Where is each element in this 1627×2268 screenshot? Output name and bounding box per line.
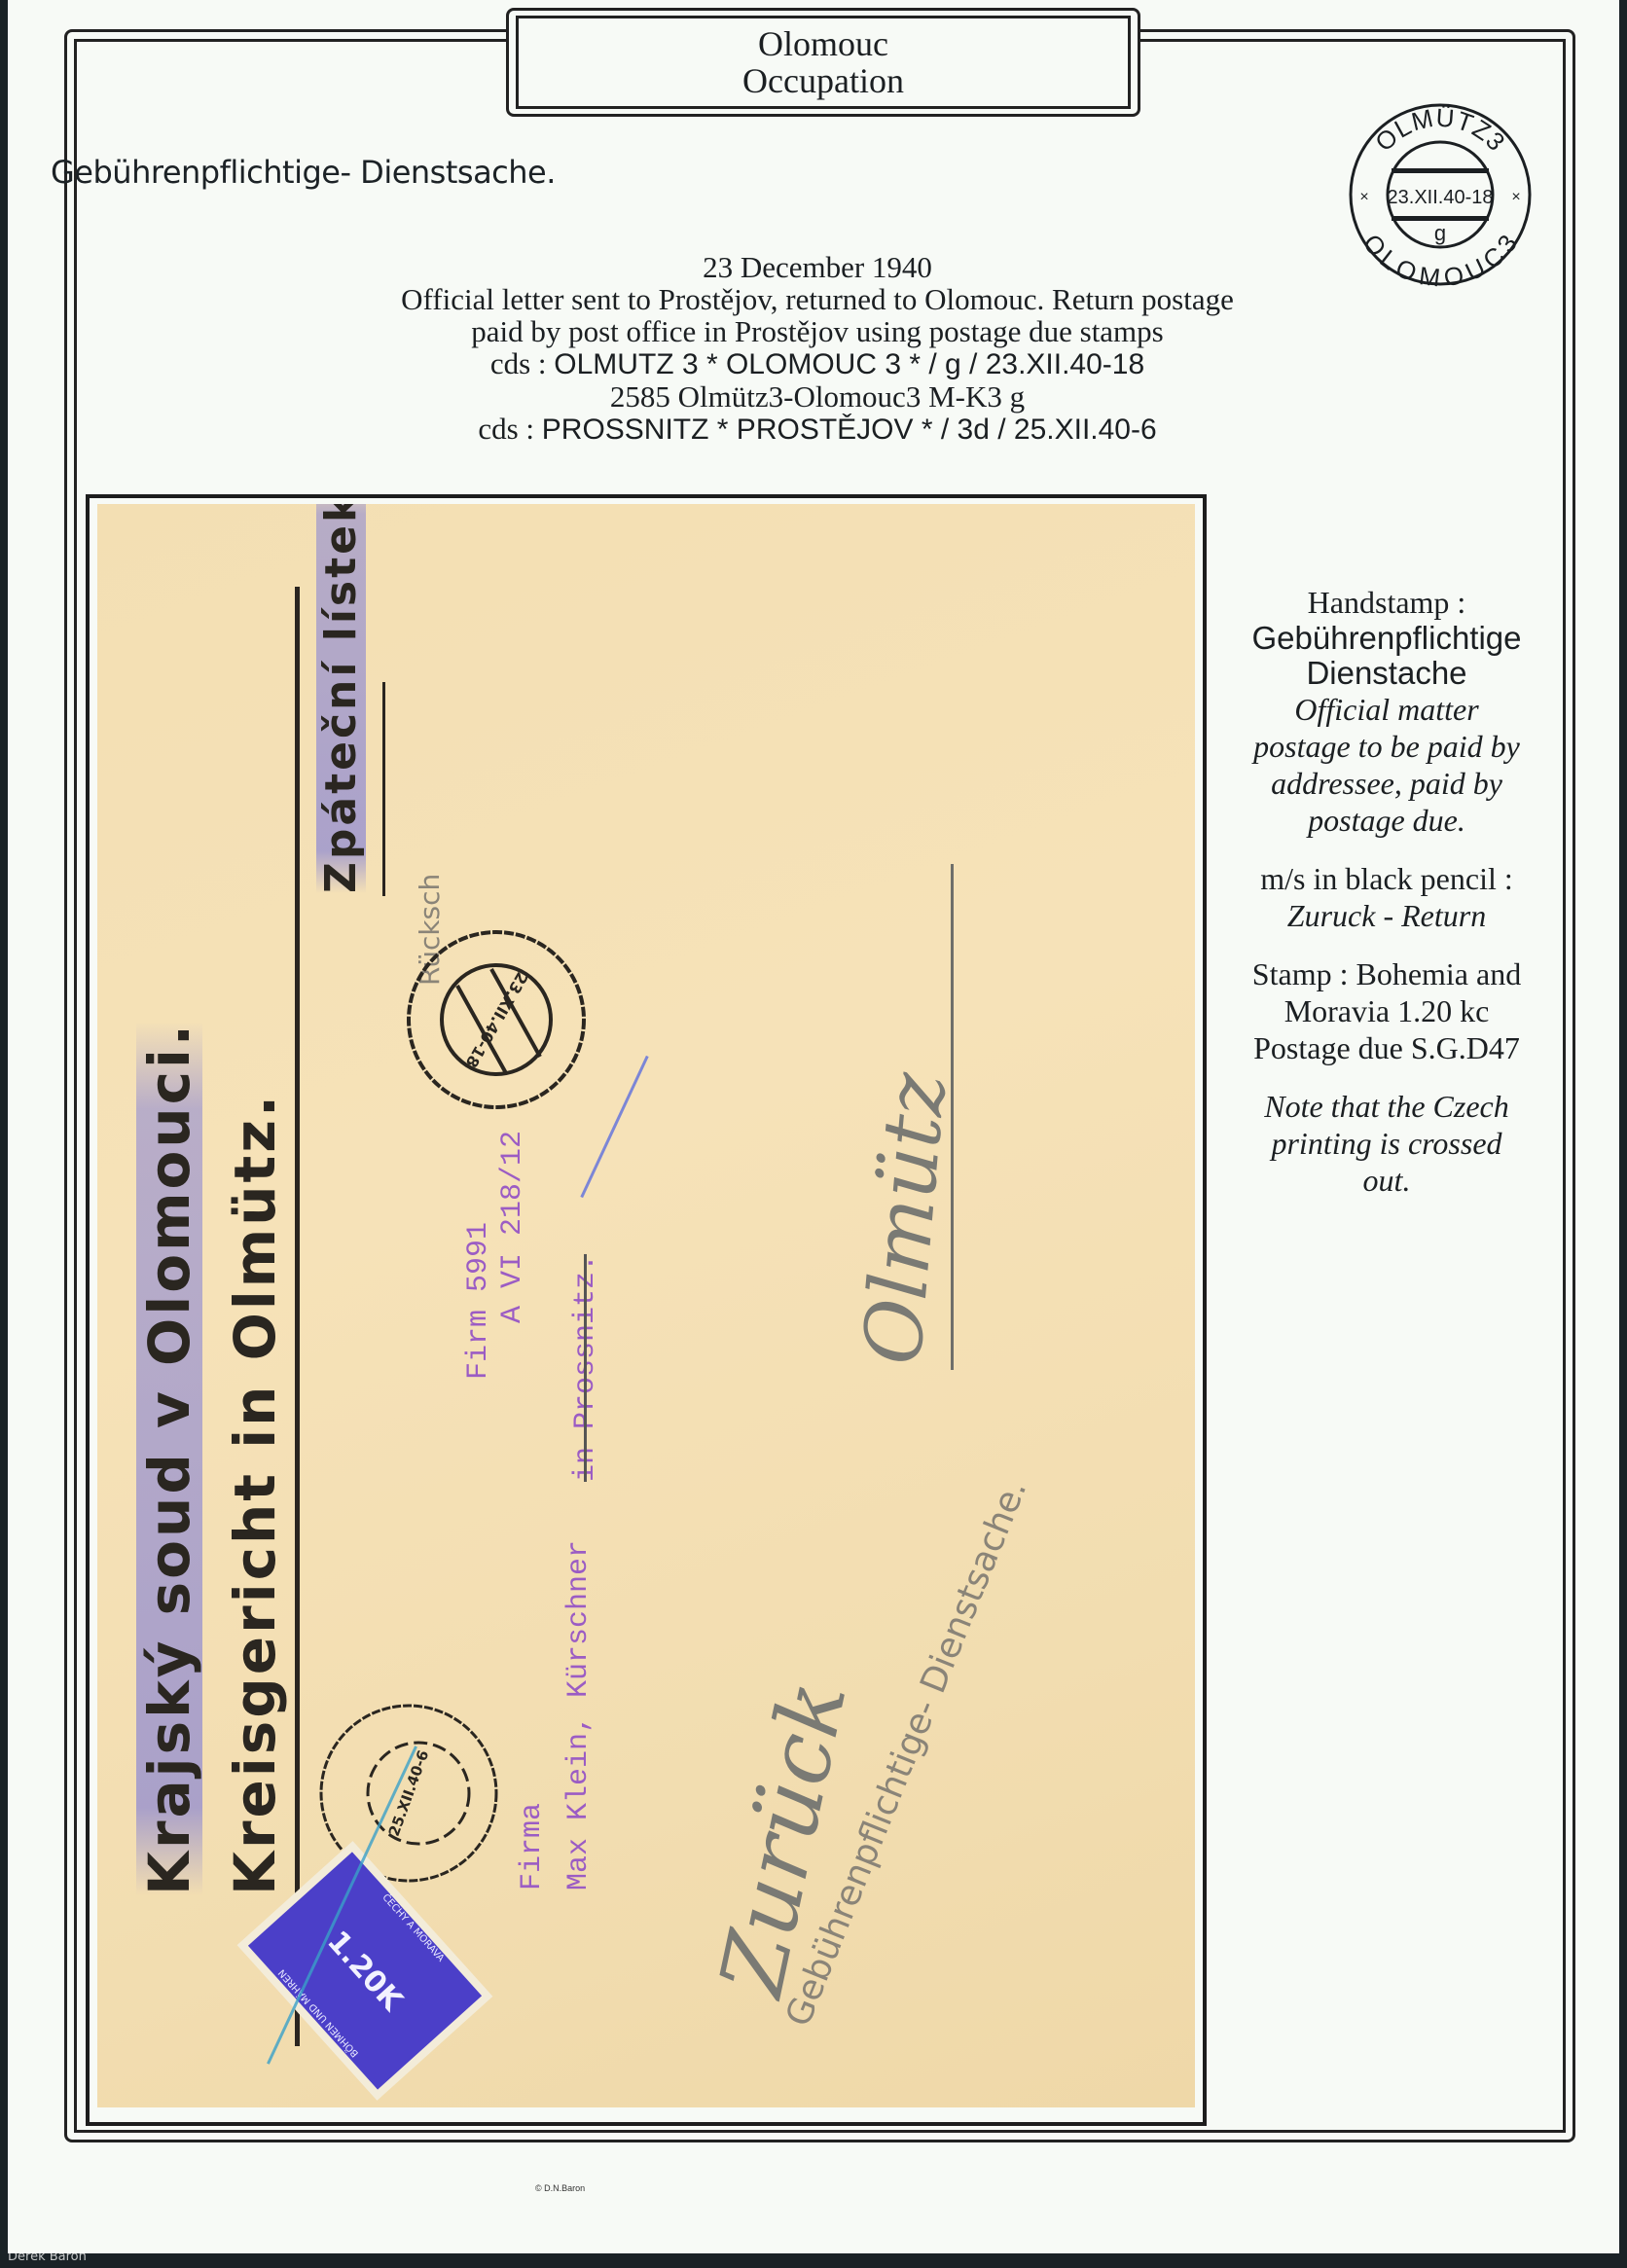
page-subtitle: Occupation bbox=[742, 62, 904, 99]
stamp-text-cz: ČECHY A MORAVA bbox=[380, 1892, 446, 1964]
handstamp-heading: Gebührenpflichtige- Dienstsache. bbox=[51, 154, 556, 191]
stamp-value: 1.20K bbox=[320, 1925, 409, 2018]
cover-description: 23 December 1940 Official letter sent to… bbox=[263, 251, 1372, 446]
handstamp-desc-1: Official matter bbox=[1207, 691, 1567, 728]
crossed-destination: in Prossnitz. bbox=[569, 1254, 602, 1482]
postmark-letter: g bbox=[1434, 221, 1446, 245]
envelope: Krajský soud v Olomouci. Kreisgericht in… bbox=[97, 504, 1195, 2107]
postmark-date: 23.XII.40-18 bbox=[1388, 187, 1494, 208]
cds-olmutz: 23.XII.40-18 bbox=[399, 922, 594, 1117]
handstamp-name-2: Dienstache bbox=[1207, 656, 1567, 691]
svg-text:OLMÜTZ3: OLMÜTZ3 bbox=[1369, 103, 1511, 158]
postmark-cross-left: × bbox=[1359, 189, 1368, 205]
handstamp-desc-4: postage due. bbox=[1207, 802, 1567, 839]
envelope-rule-1 bbox=[295, 587, 300, 2046]
cds-line-2: cds : PROSSNITZ * PROSTĚJOV * / 3d / 25.… bbox=[263, 413, 1372, 446]
stamp-note-1: Stamp : Bohemia and bbox=[1207, 955, 1567, 992]
postmark-illustration: OLMÜTZ3 OLOMOUC3 23.XII.40-18 g × × bbox=[1343, 97, 1537, 292]
stamp-note-2: Moravia 1.20 kc bbox=[1207, 992, 1567, 1029]
description-line-2: paid by post office in Prostějov using p… bbox=[263, 315, 1372, 347]
czech-note-2: printing is crossed bbox=[1207, 1125, 1567, 1162]
page-title: Olomouc bbox=[758, 25, 888, 62]
addressee-line-2: Max Klein, Kürschner bbox=[562, 1540, 596, 1890]
stamp-note-3: Postage due S.G.D47 bbox=[1207, 1029, 1567, 1066]
manuscript-olmuetz: Olmütz bbox=[847, 1069, 964, 1368]
copyright: © D.N.Baron bbox=[535, 2183, 585, 2193]
watermark: Derek Baron bbox=[8, 2250, 87, 2264]
court-name-german: Kreisgericht in Olmütz. bbox=[222, 1093, 288, 1895]
file-ref-1: Firm 5991 bbox=[462, 1222, 495, 1380]
court-name-czech: Krajský soud v Olomouci. bbox=[136, 1022, 202, 1895]
addressee-line-1: Firma bbox=[516, 1803, 549, 1890]
form-title: Zpáteční lístek. bbox=[316, 504, 366, 893]
notes-column: Handstamp : Gebührenpflichtige Dienstach… bbox=[1207, 584, 1567, 1199]
handstamp-desc-2: postage to be paid by bbox=[1207, 728, 1567, 765]
manuscript-label: m/s in black pencil : bbox=[1207, 860, 1567, 897]
czech-note-1: Note that the Czech bbox=[1207, 1088, 1567, 1125]
postmark-cross-right: × bbox=[1511, 189, 1520, 205]
handstamp-desc-3: addressee, paid by bbox=[1207, 765, 1567, 802]
manuscript-value: Zuruck - Return bbox=[1207, 897, 1567, 934]
handstamp-name-1: Gebührenpflichtige bbox=[1207, 621, 1567, 656]
file-ref-2: A VI 218/12 bbox=[496, 1131, 529, 1323]
title-box-inner: Olomouc Occupation bbox=[516, 16, 1131, 109]
description-line-1: Official letter sent to Prostějov, retur… bbox=[263, 283, 1372, 315]
postmark-top-text: OLMÜTZ3 bbox=[1369, 103, 1511, 158]
cover-date: 23 December 1940 bbox=[263, 251, 1372, 283]
czech-note-3: out. bbox=[1207, 1162, 1567, 1199]
pencil-line bbox=[951, 864, 954, 1370]
cds-line-1: cds : OLMUTZ 3 * OLOMOUC 3 * / g / 23.XI… bbox=[263, 347, 1372, 380]
envelope-rule-2 bbox=[382, 682, 385, 896]
catalog-line: 2585 Olmütz3-Olomouc3 M-K3 g bbox=[263, 380, 1372, 413]
handstamp-label: Handstamp : bbox=[1207, 584, 1567, 621]
